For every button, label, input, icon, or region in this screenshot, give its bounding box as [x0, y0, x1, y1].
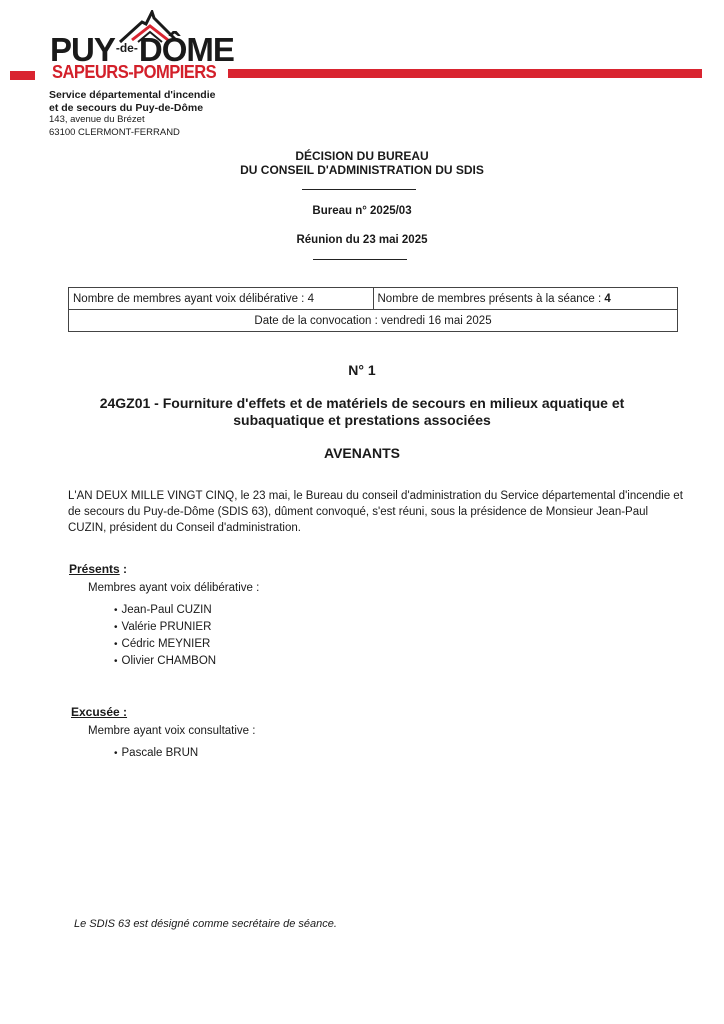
presents-heading: Présents :	[69, 562, 127, 576]
presents-subheading: Membres ayant voix délibérative :	[88, 582, 259, 594]
item-title: 24GZ01 - Fourniture d'effets et de matér…	[0, 395, 724, 429]
attendance-table: Nombre de membres ayant voix délibérativ…	[68, 287, 678, 332]
present-members-cell: Nombre de membres présents à la séance :…	[373, 288, 678, 310]
list-item: Pascale BRUN	[114, 745, 198, 762]
list-item: Jean-Paul CUZIN	[114, 602, 216, 619]
voting-members-cell: Nombre de membres ayant voix délibérativ…	[69, 288, 374, 310]
presents-list: Jean-Paul CUZIN Valérie PRUNIER Cédric M…	[114, 602, 216, 670]
list-item: Olivier CHAMBON	[114, 653, 216, 670]
excused-heading: Excusée :	[71, 705, 127, 719]
decision-title: DÉCISION DU BUREAU DU CONSEIL D'ADMINIST…	[0, 149, 724, 177]
address-street: 143, avenue du Brézet	[49, 114, 215, 127]
bureau-number: Bureau n° 2025/03	[0, 205, 724, 217]
organization-name-line2: et de secours du Puy-de-Dôme	[49, 102, 215, 115]
excused-list: Pascale BRUN	[114, 745, 198, 762]
list-item: Valérie PRUNIER	[114, 619, 216, 636]
excused-subheading: Membre ayant voix consultative :	[88, 725, 255, 737]
address-city: 63100 CLERMONT-FERRAND	[49, 127, 215, 140]
header-red-bar-right	[228, 69, 702, 78]
intro-paragraph: L'AN DEUX MILLE VINGT CINQ, le 23 mai, l…	[68, 488, 683, 536]
item-number: N° 1	[0, 362, 724, 378]
organization-name: Service départemental d'incendie	[49, 89, 215, 102]
organization-address: Service départemental d'incendie et de s…	[49, 89, 215, 139]
meeting-date: Réunion du 23 mai 2025	[0, 234, 724, 246]
divider	[313, 259, 407, 260]
item-subject: AVENANTS	[0, 445, 724, 461]
list-item: Cédric MEYNIER	[114, 636, 216, 653]
logo-sapeurs-pompiers: SAPEURS-POMPIERS	[52, 63, 216, 81]
header-red-bar-left	[10, 71, 35, 80]
convocation-date-cell: Date de la convocation : vendredi 16 mai…	[69, 310, 678, 332]
footer-note: Le SDIS 63 est désigné comme secrétaire …	[74, 918, 337, 930]
divider	[302, 189, 416, 190]
